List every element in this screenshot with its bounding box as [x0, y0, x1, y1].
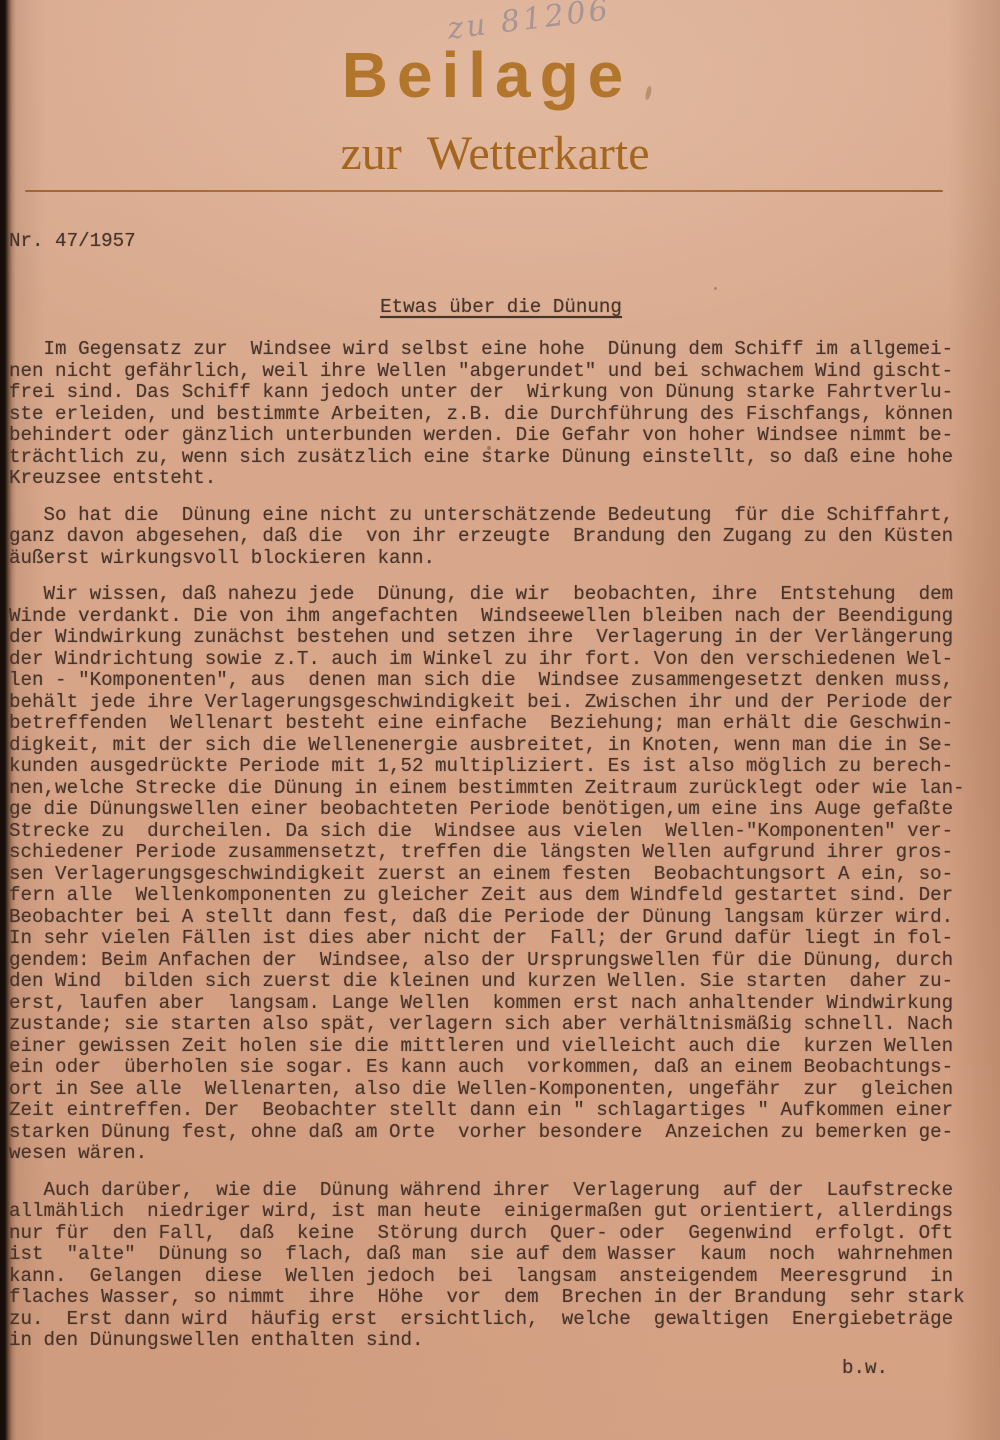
divider-rule — [25, 190, 943, 192]
article-paragraph: Wir wissen, daß nahezu jede Dünung, die … — [9, 584, 997, 1165]
article-heading: Etwas über die Dünung — [380, 296, 622, 318]
masthead-title: Beilage — [0, 38, 987, 112]
article-paragraph: Im Gegensatz zur Windsee wird selbst ein… — [9, 339, 997, 490]
article-heading-row: Etwas über die Dünung — [0, 274, 978, 340]
scanned-page: zu 81206 Beilage zur Wetterkarte Nr. 47/… — [0, 0, 1000, 1440]
masthead-subtitle: zur Wetterkarte — [0, 126, 995, 181]
article-body: Im Gegensatz zur Windsee wird selbst ein… — [9, 339, 997, 1367]
article-paragraph: So hat die Dünung eine nicht zu untersch… — [9, 505, 997, 570]
footer-abbreviation: b.w. — [9, 1357, 984, 1379]
issue-number: Nr. 47/1957 — [9, 230, 136, 252]
article-paragraph: Auch darüber, wie die Dünung während ihr… — [9, 1180, 997, 1352]
